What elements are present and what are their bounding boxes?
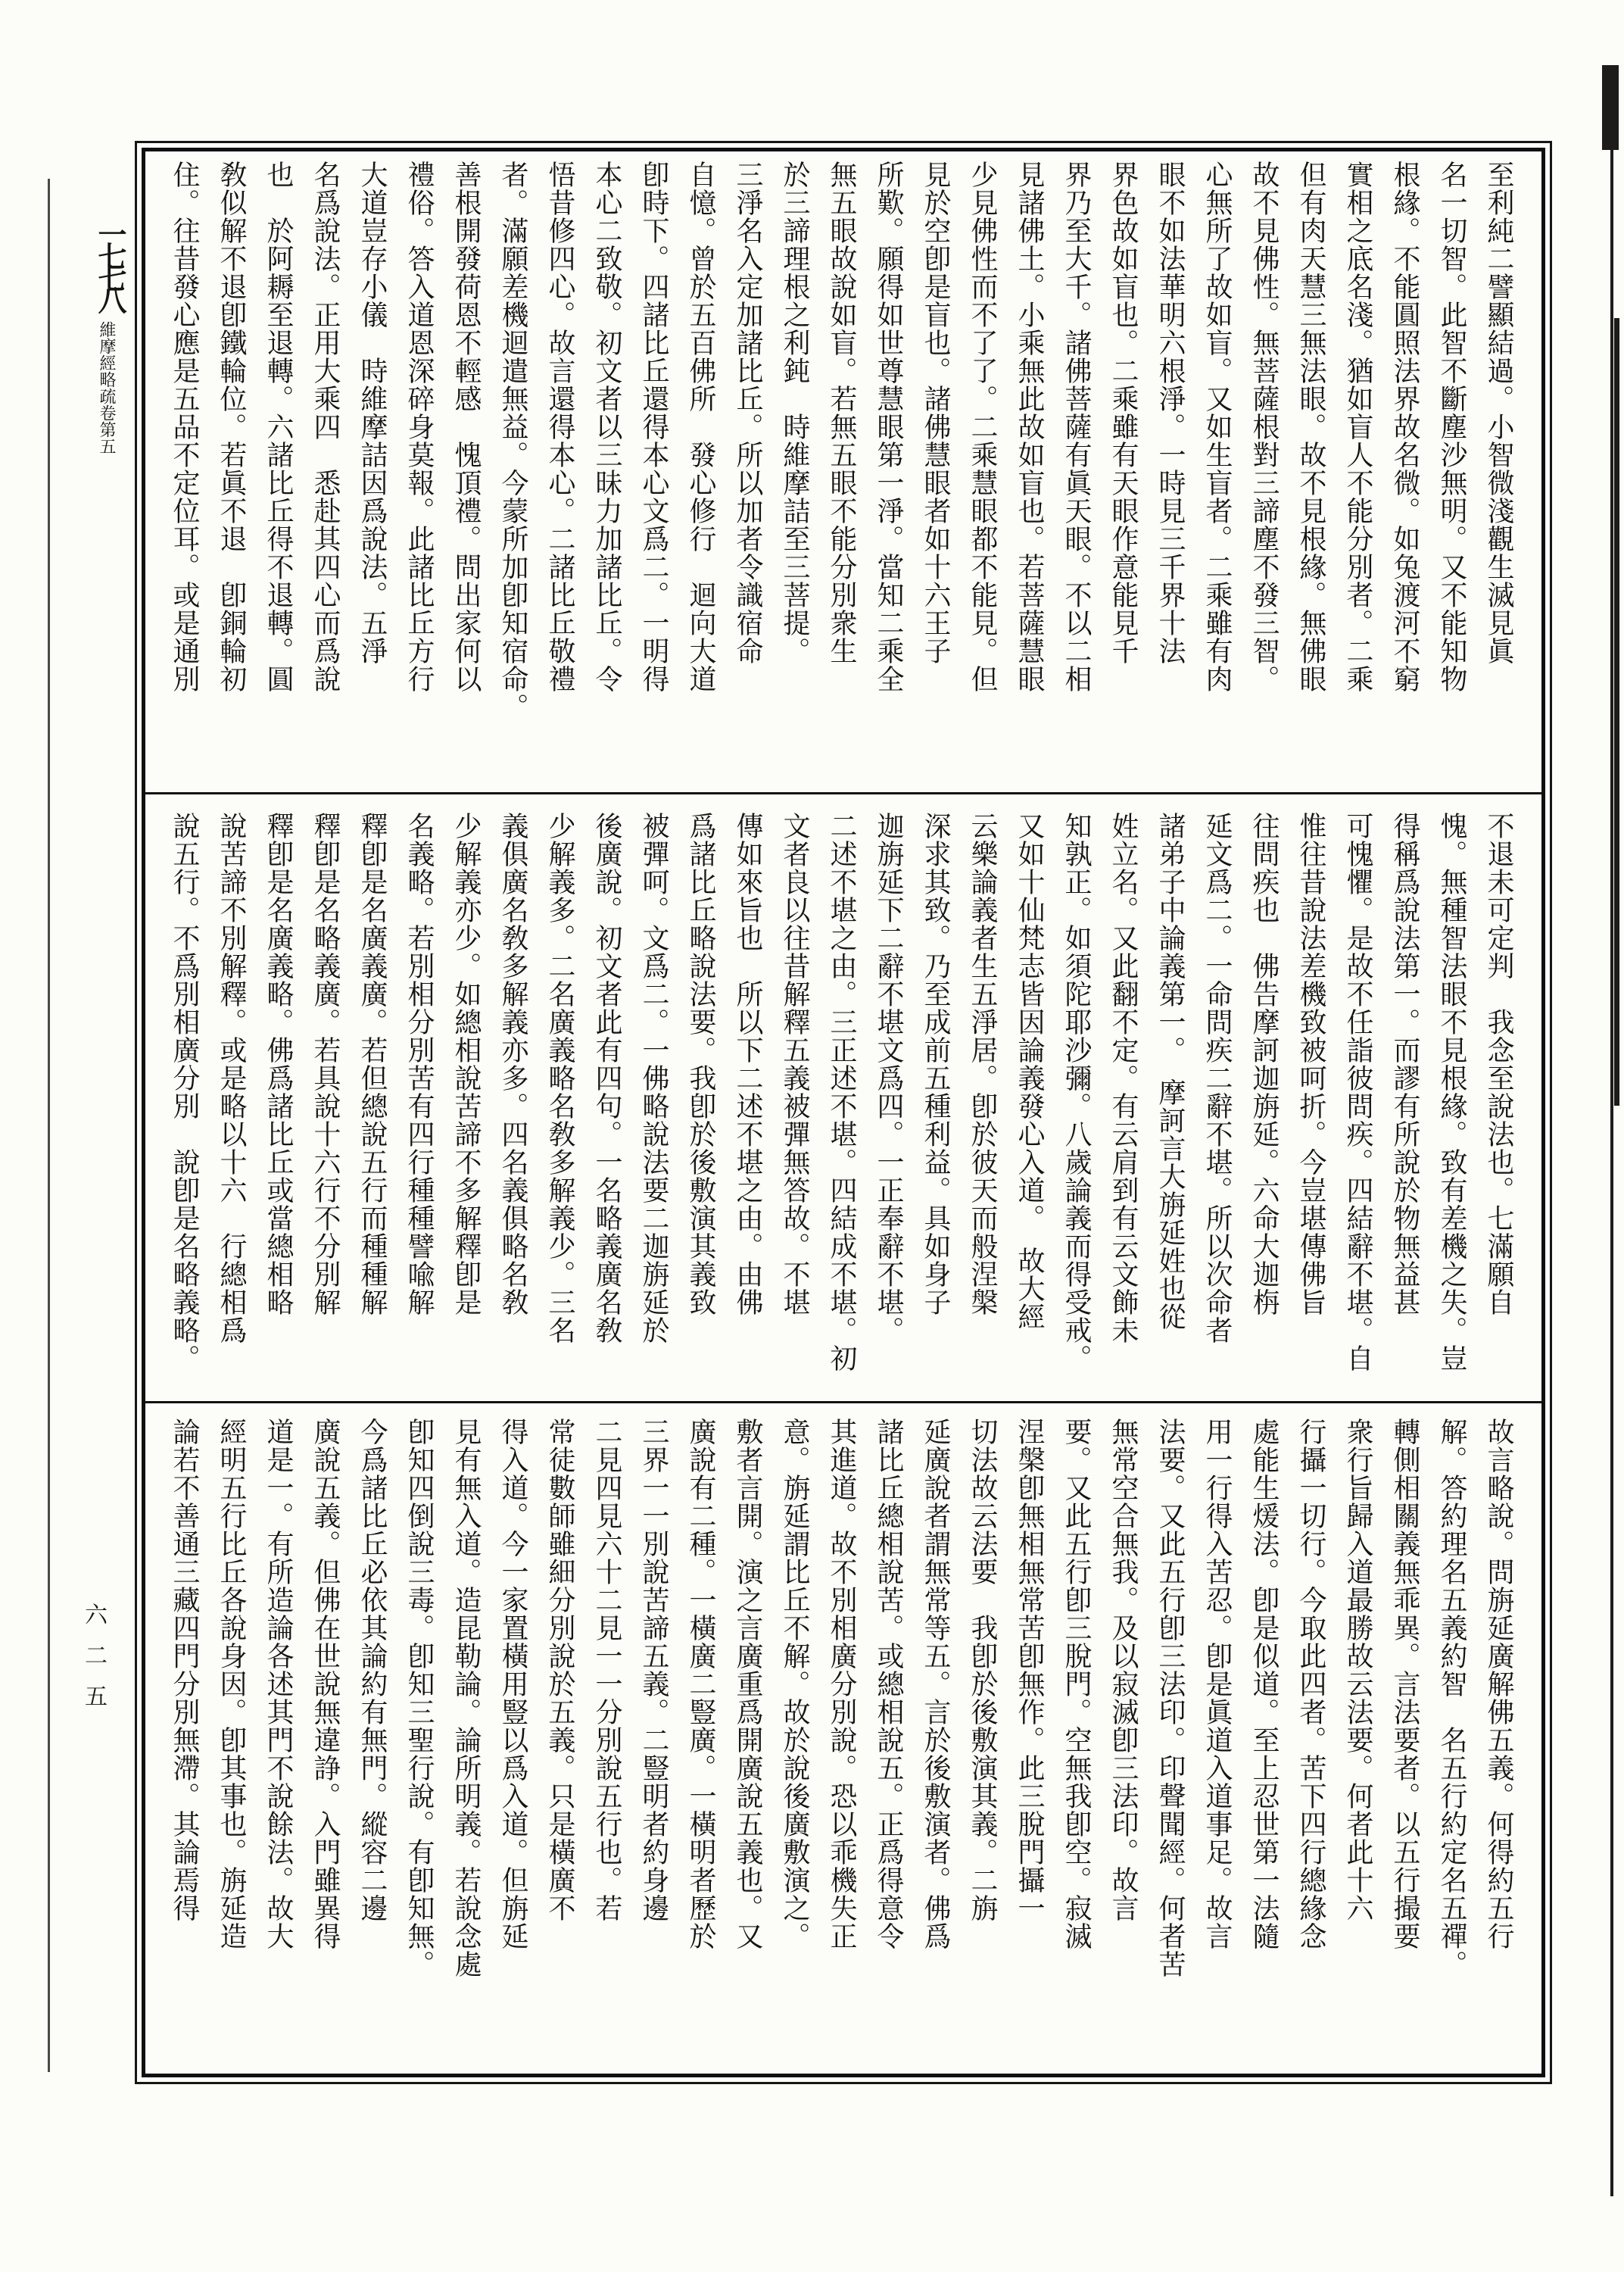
text-column: 所歎。願得如世尊慧眼第一淨。當知二乘全 [865, 161, 912, 798]
text-column: 名一切智。此智不斷塵沙無明。又不能知物 [1428, 161, 1475, 798]
text-column: 得入道。今一家置橫用豎以爲入道。但旃延 [489, 1418, 536, 2071]
text-column: 釋卽是名廣義廣。若但總說五行而種種解 [348, 812, 395, 1397]
text-column: 廣說有二種。一橫廣二豎廣。一橫明者歷於 [677, 1418, 724, 2071]
text-column: 被彈呵。文爲二。一佛略說法要二迦旃延於 [630, 812, 677, 1397]
text-column: 解。答約理名五義約智 名五行約定名五禪。 [1428, 1418, 1475, 2071]
scan-edge-artifact [48, 179, 50, 2072]
text-column: 至利純二譬顯結過。小智微淺觀生滅見眞 [1475, 161, 1522, 798]
text-column: 今爲諸比丘必依其論約有無門。縱容二邊 [348, 1418, 395, 2071]
text-column: 故不見佛性。無菩薩根對三諦塵不發三智。 [1240, 161, 1287, 798]
text-column: 故言略說。問旃延廣解佛五義。何得約五行 [1475, 1418, 1522, 2071]
text-column: 說苦諦不別解釋。或是略以十六 行總相爲 [207, 812, 254, 1397]
text-column: 二見四見六十二見一一分別說五行也。若 [583, 1418, 630, 2071]
text-column: 處能生煖法。卽是似道。至上忍世第一法隨 [1240, 1418, 1287, 2071]
text-column: 義俱廣名敎多解義亦多。四名義俱略名敎 [489, 812, 536, 1397]
text-column: 姓立名。又此翻不定。有云肩到有云文飾未 [1099, 812, 1146, 1397]
text-column: 常徒數師雖細分別說於五義。只是橫廣不 [536, 1418, 583, 2071]
text-column: 切法故云法要 我卽於後敷演其義。二旃 [959, 1418, 1005, 2071]
text-column: 行攝一切行。今取此四者。苦下四行總緣念 [1287, 1418, 1334, 2071]
text-column: 少解義亦少。如總相說苦諦不多解釋卽是 [442, 812, 489, 1397]
text-column: 名爲說法。正用大乘四 悉赴其四心而爲說 [301, 161, 348, 798]
text-column: 諸比丘總相說苦。或總相說五。正爲得意令 [865, 1418, 912, 2071]
text-column: 其進道。故不別相廣分別說。恐以乖機失正 [818, 1418, 865, 2071]
page-border-frame: 至利純二譬顯結過。小智微淺觀生滅見眞名一切智。此智不斷塵沙無明。又不能知物根緣。… [135, 141, 1552, 2084]
band-separator-rule [145, 792, 1541, 794]
text-column: 本心二致敬。初文者以三昧力加諸比丘。令 [583, 161, 630, 798]
text-column: 爲諸比丘略說法要。我卽於後敷演其義致 [677, 812, 724, 1397]
text-column: 無五眼故說如盲。若無五眼不能分別衆生 [818, 161, 865, 798]
text-column: 自憶。曾於五百佛所 發心修行 迴向大道 [677, 161, 724, 798]
text-column: 往問疾也 佛告摩訶迦旃延。六命大迦栴 [1240, 812, 1287, 1397]
text-column: 釋卽是名廣義略。佛爲諸比丘或當總相略 [254, 812, 301, 1397]
text-column: 迦旃延下二辭不堪文爲四。一正奉辭不堪。 [865, 812, 912, 1397]
text-column: 云樂論義者生五淨居。卽於彼天而般涅槃 [959, 812, 1005, 1397]
page-border-inner-frame: 至利純二譬顯結過。小智微淺觀生滅見眞名一切智。此智不斷塵沙無明。又不能知物根緣。… [142, 148, 1545, 2077]
text-column: 悟昔修四心。故言還得本心。二諸比丘敬禮 [536, 161, 583, 798]
text-column: 知孰正。如須陀耶沙彌。八歲論義而得受戒。 [1052, 812, 1099, 1397]
text-column: 禮俗。答入道恩深碎身莫報。此諸比丘方行 [395, 161, 442, 798]
text-column: 見有無入道。造昆勒論。論所明義。若說念處 [442, 1418, 489, 2071]
text-column: 實相之底名淺。猶如盲人不能分別者。二乘 [1334, 161, 1381, 798]
text-column: 見於空卽是盲也。諸佛慧眼者如十六王子 [912, 161, 959, 798]
margin-folio-number: 六二五 [76, 1603, 110, 1725]
text-column: 涅槃卽無相無常苦卽無作。此三脫門攝一 [1005, 1418, 1052, 2071]
text-column: 少見佛性而不了了。二乘慧眼都不能見。但 [959, 161, 1005, 798]
text-column: 說五行。不爲別相廣分別 說卽是名略義略。 [161, 812, 207, 1397]
text-column: 大道豈存小儀 時維摩詰因爲說法。五淨 [348, 161, 395, 798]
text-column: 敎似解不退卽鐵輪位。若眞不退 卽銅輪初 [207, 161, 254, 798]
text-column: 論若不善通三藏四門分別無滯。其論焉得 [161, 1418, 207, 2071]
text-band-bottom: 故言略說。問旃延廣解佛五義。何得約五行解。答約理名五義約智 名五行約定名五禪。轉… [145, 1418, 1541, 2071]
text-column: 住。往昔發心應是五品不定位耳。或是通別 [161, 161, 207, 798]
text-column: 卽時下。四諸比丘還得本心文爲二。一明得 [630, 161, 677, 798]
text-column: 卽知四倒說三毒。卽知三聖行說。有卽知無。 [395, 1418, 442, 2071]
text-column: 見諸佛土。小乘無此故如盲也。若菩薩慧眼 [1005, 161, 1052, 798]
text-column: 善根開發荷恩不輕感 愧頂禮。問出家何以 [442, 161, 489, 798]
text-column: 三界一一別說苦諦五義。二豎明者約身邊 [630, 1418, 677, 2071]
text-column: 愧。無種智法眼不見根緣。致有差機之失。豈 [1428, 812, 1475, 1397]
margin-page-number: 一七七八 [89, 220, 131, 307]
text-column: 傳如來旨也 所以下二述不堪之由。由佛 [724, 812, 771, 1397]
text-column: 深求其致。乃至成前五種利益。具如身子 [912, 812, 959, 1397]
text-column: 諸弟子中論義第一。 摩訶言大旃延姓也從 [1146, 812, 1193, 1397]
text-band-top: 至利純二譬顯結過。小智微淺觀生滅見眞名一切智。此智不斷塵沙無明。又不能知物根緣。… [145, 161, 1541, 798]
text-column: 衆行旨歸入道最勝故云法要。何者此十六 [1334, 1418, 1381, 2071]
text-column: 又如十仙梵志皆因論義發心入道。 故大經 [1005, 812, 1052, 1397]
margin-book-title: 維摩經略疏卷第五 [95, 321, 118, 454]
text-column: 延廣說者謂無常等五。言於後敷演者。佛爲 [912, 1418, 959, 2071]
scan-edge-artifact [1610, 67, 1613, 2196]
text-column: 廣說五義。但佛在世說無違諍。入門雖異得 [301, 1418, 348, 2071]
text-column: 界乃至大千。諸佛菩薩有眞天眼。不以二相 [1052, 161, 1099, 798]
text-column: 者。滿願差機迴遣無益。今蒙所加卽知宿命。 [489, 161, 536, 798]
text-column: 意。旃延謂比丘不解。故於說後廣敷演之。 [771, 1418, 818, 2071]
text-column: 法要。又此五行卽三法印。印聲聞經。何者苦 [1146, 1418, 1193, 2071]
text-column: 於三諦理根之利鈍 時維摩詰至三菩提。 [771, 161, 818, 798]
text-column: 少解義多。二名廣義略名敎多解義少。三名 [536, 812, 583, 1397]
scan-edge-artifact [1614, 318, 1619, 1106]
text-column: 名義略。若別相分別苦有四行種種譬喩解 [395, 812, 442, 1397]
text-column: 後廣說。初文者此有四句。一名略義廣名敎 [583, 812, 630, 1397]
band-separator-rule [145, 1401, 1541, 1403]
text-column: 道是一。有所造論各述其門不說餘法。故大 [254, 1418, 301, 2071]
text-column: 轉側相關義無乖異。言法要者。以五行撮要 [1381, 1418, 1428, 2071]
text-column: 但有肉天慧三無法眼。故不見根緣。無佛眼 [1287, 161, 1334, 798]
text-column: 不退未可定判 我念至說法也。七滿願自 [1475, 812, 1522, 1397]
text-column: 可愧懼。是故不任詣彼問疾。四結辭不堪。自 [1334, 812, 1381, 1397]
text-column: 敷者言開。演之言廣重爲開廣說五義也。又 [724, 1418, 771, 2071]
text-column: 延文爲二。一命問疾二辭不堪。所以次命者 [1193, 812, 1240, 1397]
text-column: 眼不如法華明六根淨。一時見三千界十法 [1146, 161, 1193, 798]
text-column: 無常空合無我。及以寂滅卽三法印。故言 [1099, 1418, 1146, 2071]
text-column: 界色故如盲也。二乘雖有天眼作意能見千 [1099, 161, 1146, 798]
text-band-middle: 不退未可定判 我念至說法也。七滿願自愧。無種智法眼不見根緣。致有差機之失。豈得稱… [145, 812, 1541, 1397]
text-column: 用一行得入苦忍。卽是眞道入道事足。故言 [1193, 1418, 1240, 2071]
text-column: 要。又此五行卽三脫門。空無我卽空。寂滅 [1052, 1418, 1099, 2071]
text-column: 得稱爲說法第一。而謬有所說於物無益甚 [1381, 812, 1428, 1397]
text-column: 文者良以往昔解釋五義被彈無答故。不堪 [771, 812, 818, 1397]
text-column: 釋卽是名略義廣。若具說十六行不分別解 [301, 812, 348, 1397]
text-column: 三淨名入定加諸比丘。所以加者令識宿命 [724, 161, 771, 798]
text-column: 根緣。不能圓照法界故名微。如兔渡河不窮 [1381, 161, 1428, 798]
text-column: 也 於阿耨至退轉。六諸比丘得不退轉。圓 [254, 161, 301, 798]
text-column: 心無所了故如盲。又如生盲者。二乘雖有肉 [1193, 161, 1240, 798]
text-column: 二述不堪之由。三正述不堪。四結成不堪。初 [818, 812, 865, 1397]
text-column: 惟往昔說法差機致被呵折。今豈堪傳佛旨 [1287, 812, 1334, 1397]
text-column: 經明五行比丘各說身因。卽其事也。旃延造 [207, 1418, 254, 2071]
scan-edge-artifact [1602, 65, 1619, 150]
